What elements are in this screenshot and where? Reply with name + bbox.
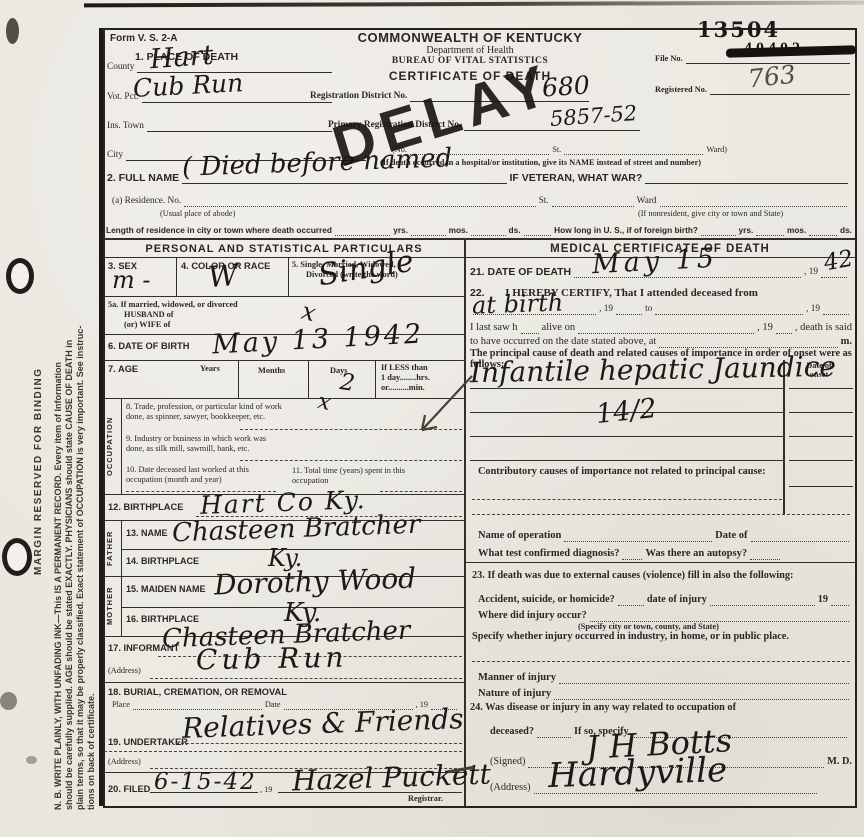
age-days-value: 2 <box>338 371 356 396</box>
rule <box>789 412 853 413</box>
filed-year-label: , 19 <box>260 785 272 795</box>
scan-smudge <box>0 692 17 710</box>
color-race-value: W <box>207 261 239 292</box>
physician-address-label: (Address) <box>490 782 531 794</box>
rule <box>288 257 289 296</box>
informant-address-label: (Address) <box>108 666 141 676</box>
item11-text: 11. Total time (years) spent in this occ… <box>292 466 422 486</box>
operation-date-label: Date of <box>715 530 747 542</box>
margin-note-line: tions on back of certificate. <box>86 185 96 810</box>
date-of-death-label: 21. DATE OF DEATH <box>470 266 571 278</box>
manner-injury-label: Manner of injury <box>478 672 556 684</box>
rule <box>465 562 855 563</box>
ds-label: ds. <box>509 226 521 236</box>
age-years-label: Years <box>200 364 220 374</box>
last-saw-2: alive on <box>542 322 576 334</box>
commonwealth-title: COMMONWEALTH OF KENTUCKY <box>330 30 610 45</box>
age-label: 7. AGE <box>108 364 138 375</box>
filed-label: 20. FILED <box>108 784 150 795</box>
last-saw-3: , death is said <box>795 322 852 334</box>
rule <box>121 520 122 576</box>
operation-row: Name of operation Date of <box>478 530 852 542</box>
registered-no-value: 763 <box>747 62 797 92</box>
item24-text: 24. Was disease or injury in any way rel… <box>470 702 854 714</box>
rule <box>380 490 462 492</box>
occurred-text: to have occurred on the date stated abov… <box>470 336 656 348</box>
rule <box>789 436 853 437</box>
rule <box>472 660 850 662</box>
margin-note-line: N. B. WRITE PLAINLY, WITH UNFADING INK—T… <box>53 185 63 810</box>
informant-address-value: Cub Run <box>196 644 348 675</box>
mother-vertical-label: MOTHER <box>105 576 120 636</box>
signed-label: (Signed) <box>490 756 525 768</box>
year-label: , 19 <box>599 304 613 315</box>
margin-note-line: should be carefully supplied. AGE should… <box>64 185 74 810</box>
full-name-label: 2. FULL NAME <box>107 172 179 184</box>
operation-label: Name of operation <box>478 530 561 542</box>
ds-label: ds. <box>840 226 852 236</box>
rule <box>472 498 782 500</box>
occurred-m-label: m. <box>841 336 852 348</box>
pen-arrow-stroke <box>398 370 478 444</box>
accident-label: Accident, suicide, or homicide? <box>478 594 615 606</box>
yrs-label: yrs. <box>739 226 754 236</box>
county-label: County <box>107 62 134 73</box>
occurred-row: to have occurred on the date stated abov… <box>470 336 852 348</box>
item10-text: 10. Date deceased last worked at this oc… <box>126 465 286 485</box>
rule <box>176 257 177 296</box>
nature-injury-label: Nature of injury <box>478 688 551 700</box>
rule <box>150 677 462 679</box>
serial-number: 13504 <box>697 17 780 42</box>
punch-hole <box>6 258 34 294</box>
certify-value: at birth <box>472 290 564 317</box>
deceased-label: deceased? <box>490 726 534 738</box>
test-autopsy-row: What test confirmed diagnosis? Was there… <box>478 548 852 560</box>
item9-text: 9. Industry or business in which work wa… <box>126 434 282 454</box>
dob-label: 6. DATE OF BIRTH <box>108 341 189 352</box>
age-months-label: Months <box>258 366 285 376</box>
contributory-text: Contributory causes of importance not re… <box>478 466 778 478</box>
rule <box>103 296 465 297</box>
bureau-subtitle: BUREAU OF VITAL STATISTICS <box>330 56 610 67</box>
husband-label-3: (or) WIFE of <box>124 320 170 329</box>
physician-address-value: Hardyville <box>547 753 727 793</box>
injury-year-label: 19 <box>818 594 828 606</box>
residence-label: (a) Residence. No. <box>112 196 181 207</box>
scan-smudge <box>6 18 19 44</box>
mother-name-label: 15. MAIDEN NAME <box>126 584 206 595</box>
scan-smudge <box>26 756 37 764</box>
item8-text: 8. Trade, profession, or particular kind… <box>126 402 282 422</box>
to-label: to <box>645 304 652 315</box>
torn-top-edge <box>84 1 864 8</box>
where-injury-label: Where did injury occur? <box>478 610 587 622</box>
item23-text: 23. If death was due to external causes … <box>472 570 852 582</box>
length-residence-row: Length of residence in city or town wher… <box>106 226 852 236</box>
rule <box>470 436 783 437</box>
rule <box>121 576 122 636</box>
mos-label: mos. <box>787 226 806 236</box>
birthplace-label: 12. BIRTHPLACE <box>108 502 183 513</box>
date-injury-label: date of injury <box>647 594 707 606</box>
ins-town-row: Ins. Town <box>107 121 335 132</box>
cause-code-value: 14/2 <box>595 395 658 428</box>
sex-value: m - <box>112 268 151 292</box>
husband-wife-label: 5a. If married, widowed, or divorced HUS… <box>108 300 308 329</box>
how-long-us-label: How long in U. S., if of foreign birth? <box>554 226 698 236</box>
nature-injury-row: Nature of injury <box>478 688 852 700</box>
rule <box>121 398 122 494</box>
father-vertical-label: FATHER <box>105 520 120 576</box>
rule <box>104 750 462 752</box>
header-separator <box>103 238 855 240</box>
husband-label-2: HUSBAND of <box>124 310 174 319</box>
rule <box>375 360 376 398</box>
rule <box>308 360 309 398</box>
manner-injury-row: Manner of injury <box>478 672 852 684</box>
county-value: Hart <box>149 42 214 73</box>
residence-ward-label: Ward <box>637 196 657 207</box>
yrs-label: yrs. <box>393 226 408 236</box>
mos-label: mos. <box>449 226 468 236</box>
margin-note-line: plain terms, so that it may be properly … <box>75 185 85 810</box>
burial-label: 18. BURIAL, CREMATION, OR REMOVAL <box>108 687 287 698</box>
undertaker-address-label: (Address) <box>108 757 141 767</box>
ins-town-label: Ins. Town <box>107 121 144 132</box>
rule <box>789 486 853 487</box>
md-label: M. D. <box>827 756 852 768</box>
test-label: What test confirmed diagnosis? <box>478 548 619 560</box>
accident-row: Accident, suicide, or homicide? date of … <box>478 594 852 606</box>
column-divider <box>464 238 466 806</box>
binding-margin-label: MARGIN RESERVED FOR BINDING <box>33 245 44 575</box>
cause-of-death-value: Infantile hepatic Jaundice <box>470 353 836 387</box>
father-name-label: 13. NAME <box>126 528 168 539</box>
rule <box>103 360 465 361</box>
residence-st-label: St. <box>539 196 549 207</box>
husband-label-1: 5a. If married, widowed, or divorced <box>108 300 238 309</box>
last-saw-row: I last saw h alive on , 19 , death is sa… <box>470 322 852 334</box>
punch-hole <box>2 538 32 576</box>
vot-pct-value: Cub Run <box>132 70 243 101</box>
length-residence-label: Length of residence in city or town wher… <box>106 226 332 236</box>
st-label: St. <box>552 145 561 155</box>
year-label: , 19 <box>757 322 773 334</box>
mother-name-value: Dorothy Wood <box>214 564 417 599</box>
rule <box>103 682 465 683</box>
dod-year-label: , 19 <box>804 267 818 278</box>
nonresident-note: (If nonresident, give city or town and S… <box>638 209 783 219</box>
specify-whether-text: Specify whether injury occurred in indus… <box>472 631 850 643</box>
date-of-death-value: May 15 <box>591 245 718 279</box>
rule <box>240 459 462 461</box>
rule <box>238 360 239 398</box>
ward-label: Ward) <box>706 145 727 155</box>
occupation-vertical-label: OCCUPATION <box>105 398 120 494</box>
filed-date-value: 6-15-42 <box>154 771 257 794</box>
abode-note: (Usual place of abode) <box>160 209 235 219</box>
rule <box>470 460 783 461</box>
rule <box>789 460 853 461</box>
burial-place-label: Place <box>112 700 130 710</box>
dod-year-value: 42 <box>822 248 855 276</box>
registered-no-label: Registered No. <box>655 85 707 95</box>
file-no-label: File No. <box>655 54 683 64</box>
last-saw-1: I last saw h <box>470 322 518 334</box>
where-injury-row: Where did injury occur? <box>478 610 852 622</box>
registrar-label: Registrar. <box>408 794 443 804</box>
residence-row: (a) Residence. No. St. Ward <box>112 196 850 207</box>
rule <box>789 388 853 389</box>
year-label: , 19 <box>806 304 820 315</box>
veteran-label: IF VETERAN, WHAT WAR? <box>510 172 643 184</box>
city-label: City <box>107 150 123 161</box>
autopsy-label: Was there an autopsy? <box>645 548 747 560</box>
father-birthplace-label: 14. BIRTHPLACE <box>126 556 199 567</box>
registrar-signature: Hazel Puckett <box>292 761 492 796</box>
rule <box>472 513 850 515</box>
